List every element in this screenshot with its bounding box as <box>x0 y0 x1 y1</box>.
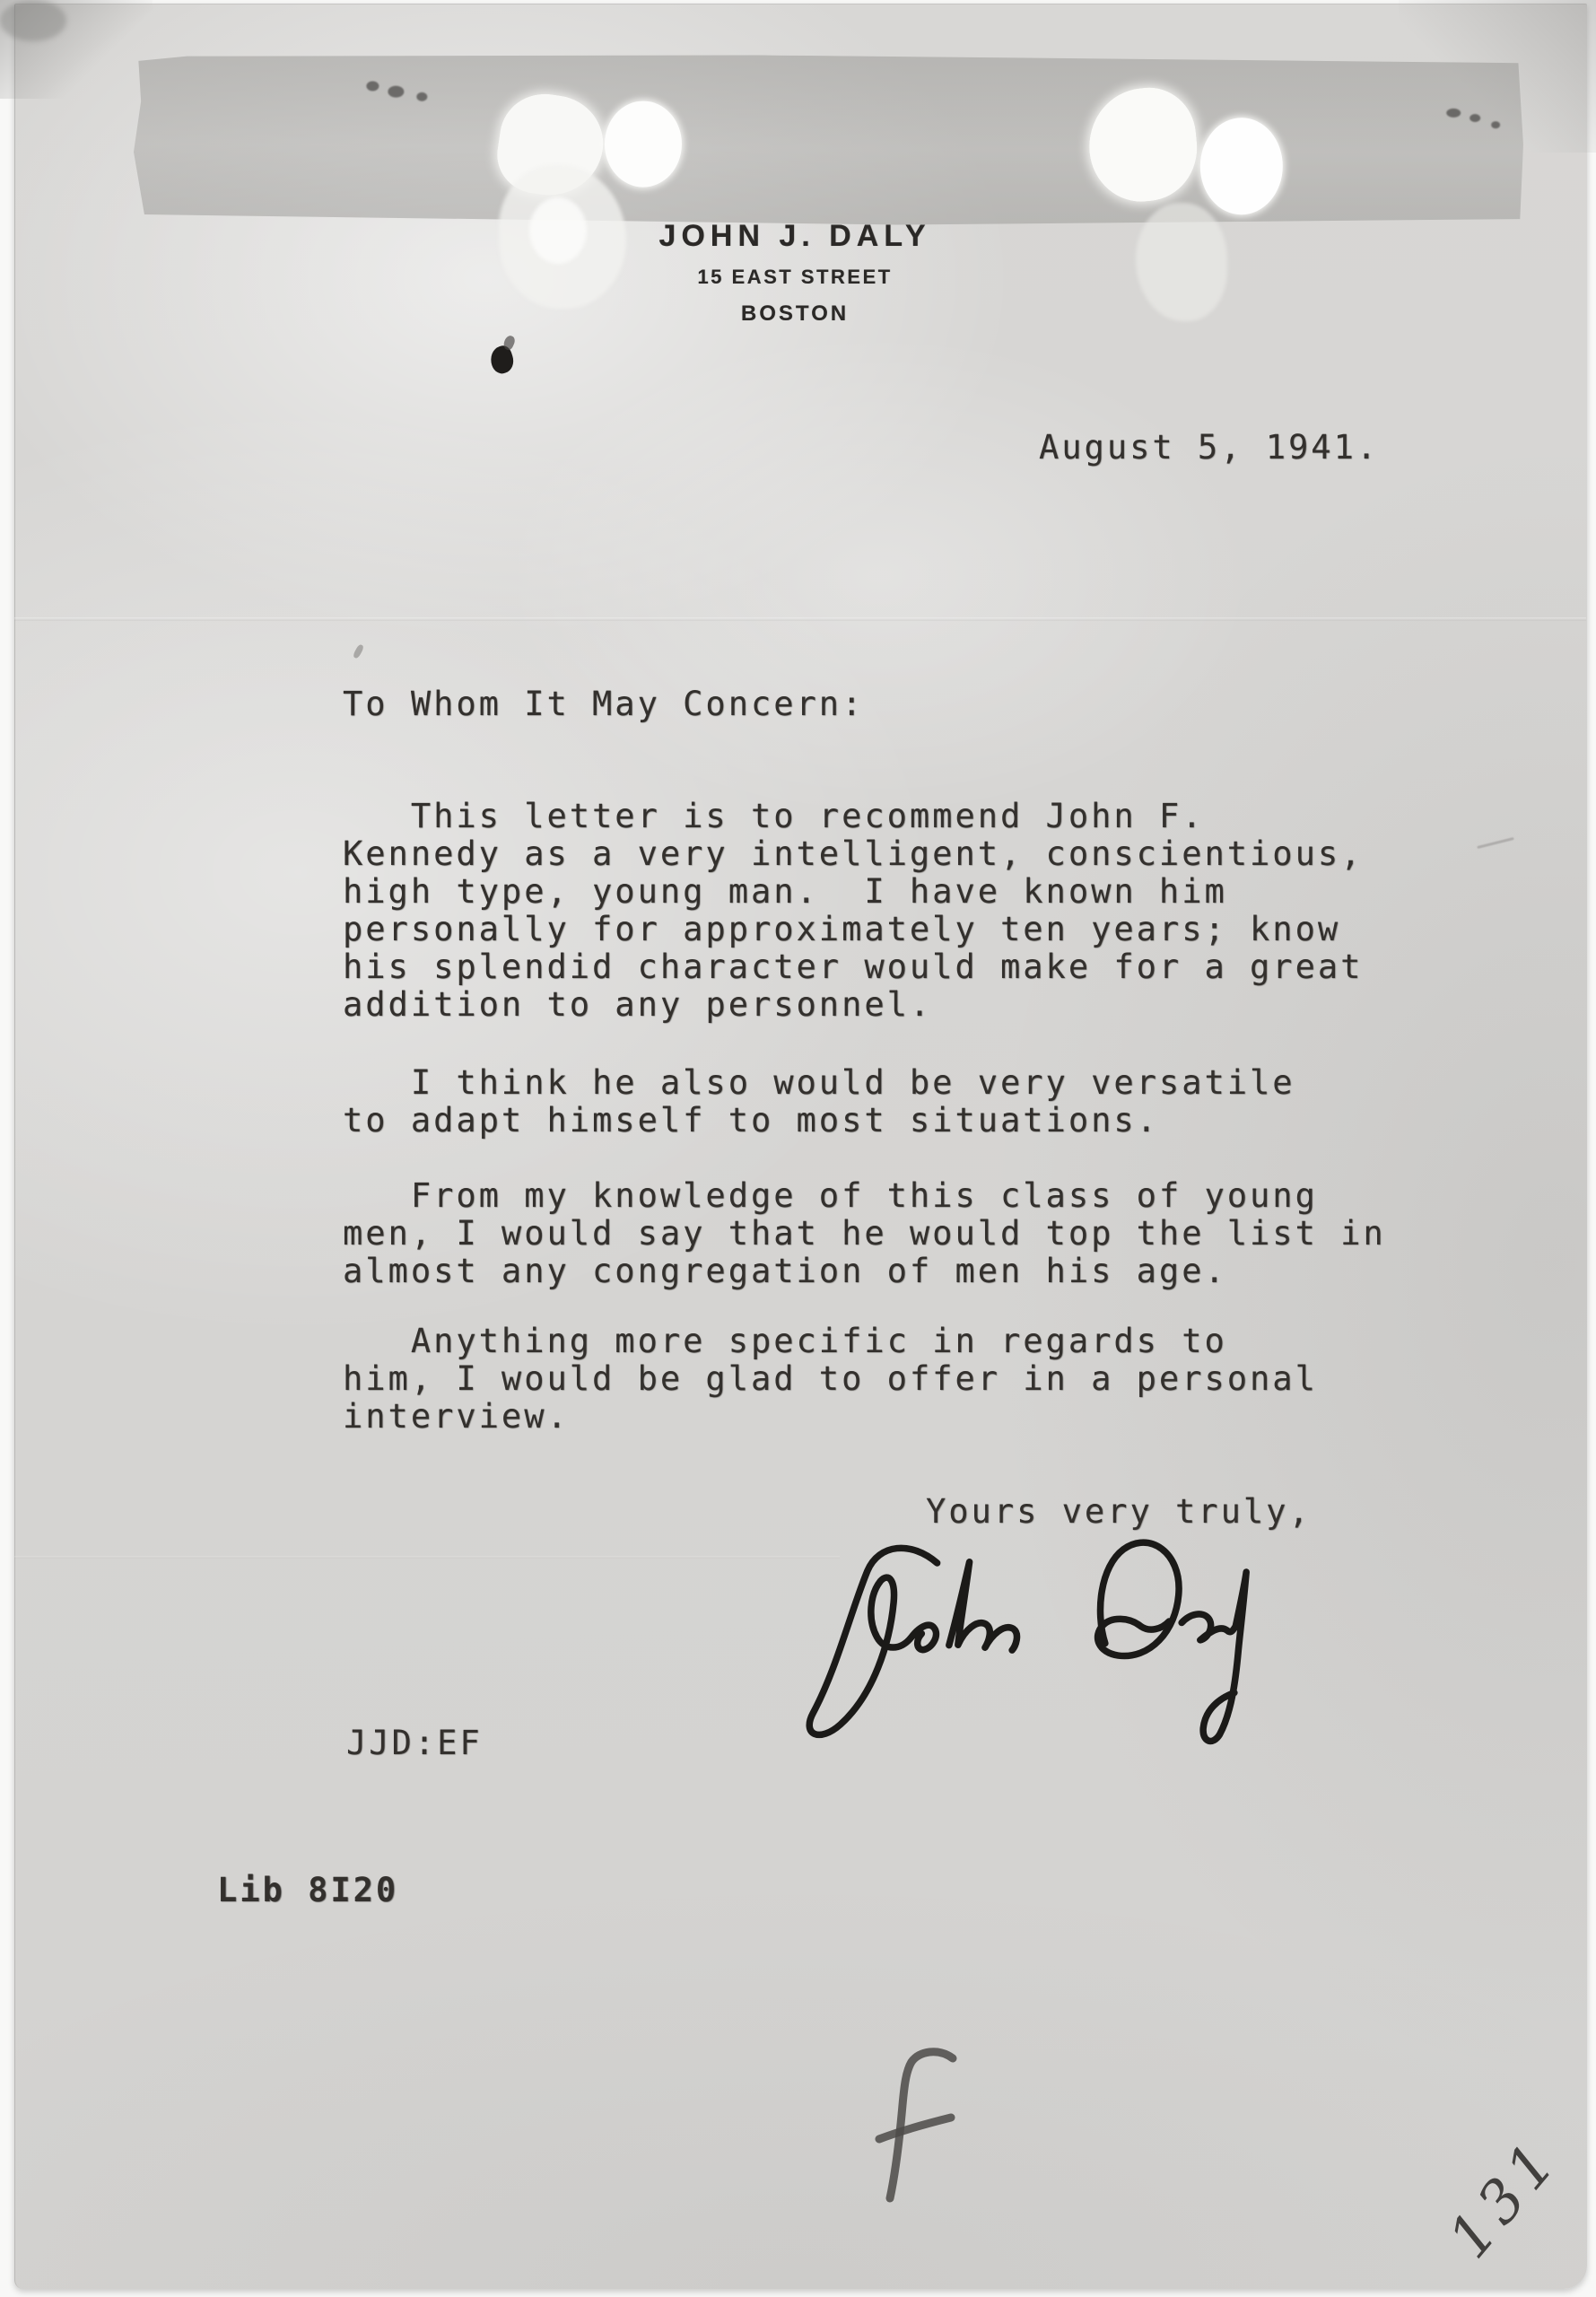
signature-stroke <box>946 1560 1017 1653</box>
letterhead: JOHN J. DALY 15 EAST STREET BOSTON <box>658 219 930 327</box>
signature-stroke <box>1180 1572 1252 1742</box>
pencil-grade-mark <box>859 2039 976 2218</box>
glue-blob <box>529 197 587 264</box>
tape-speck <box>366 81 379 91</box>
signature-stroke <box>803 1547 943 1735</box>
letterhead-name: JOHN J. DALY <box>658 219 930 254</box>
salutation: To Whom It May Concern: <box>343 686 864 723</box>
glue-blob <box>1136 203 1227 321</box>
punch-hole-blob <box>605 100 683 188</box>
file-number: Lib 8I20 <box>217 1872 398 1909</box>
scanned-letter: JOHN J. DALY 15 EAST STREET BOSTON Augus… <box>0 0 1596 2297</box>
body-paragraph-3: From my knowledge of this class of young… <box>343 1177 1386 1290</box>
body-paragraph-4: Anything more specific in regards to him… <box>343 1323 1318 1436</box>
pencil-stroke <box>879 2118 951 2139</box>
body-paragraph-2: I think he also would be very versatile … <box>343 1064 1295 1140</box>
letterhead-city: BOSTON <box>658 301 930 327</box>
handwritten-signature <box>785 1515 1349 1778</box>
tape-speck <box>416 92 427 101</box>
tape-smudge <box>0 0 66 41</box>
signature-stroke <box>1095 1542 1182 1657</box>
typist-initials: JJD:EF <box>346 1725 483 1762</box>
punch-hole-blob <box>1084 83 1202 206</box>
tape-speck <box>1491 121 1500 128</box>
letterhead-address: 15 EAST STREET <box>658 266 930 289</box>
tape-strip <box>130 51 1523 230</box>
body-paragraph-1: This letter is to recommend John F. Kenn… <box>343 798 1363 1024</box>
letter-date: August 5, 1941. <box>1039 429 1379 467</box>
tape-speck <box>388 86 404 98</box>
paper-sheet <box>14 4 1587 2289</box>
tape-speck <box>1470 114 1480 122</box>
tape-speck <box>1446 109 1461 118</box>
punch-hole-blob <box>1199 118 1283 215</box>
